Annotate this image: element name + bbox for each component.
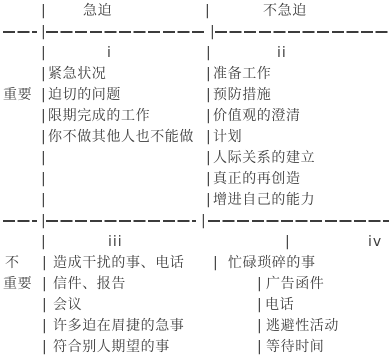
grid-vertical-bar: | xyxy=(41,43,46,64)
grid-vertical-bar: | xyxy=(257,295,262,316)
grid-vertical-bar: | xyxy=(206,169,211,190)
grid-vertical-bar: | xyxy=(206,106,211,127)
quadrant-2-item: 价值观的澄清 xyxy=(213,106,301,127)
matrix-row: |限期完成的工作|价值观的澄清 xyxy=(0,106,392,127)
quadrant-2-item: 真正的再创造 xyxy=(213,169,301,190)
grid-vertical-bar: | xyxy=(206,190,211,211)
quadrant-1-item: 迫切的问题 xyxy=(48,85,121,106)
grid-vertical-bar: | xyxy=(205,1,210,22)
grid-horizontal-rule xyxy=(3,220,37,222)
quadrant-1-numeral: i xyxy=(107,43,112,64)
grid-vertical-bar: | xyxy=(257,316,262,337)
grid-vertical-bar: | xyxy=(206,64,211,85)
grid-vertical-bar: | xyxy=(206,85,211,106)
grid-vertical-bar: | xyxy=(41,127,46,148)
quadrant-2-item: 准备工作 xyxy=(213,64,271,85)
matrix-row: |许多迫在眉捷的急事|逃避性活动 xyxy=(0,316,392,337)
quadrant-3-item: 造成干扰的事、电话 xyxy=(53,253,184,274)
quadrant-4-item: 等待时间 xyxy=(266,337,324,358)
grid-horizontal-rule xyxy=(215,31,389,33)
quadrant-3-item: 符合别人期望的事 xyxy=(53,337,170,358)
quadrant-2-item: 人际关系的建立 xyxy=(213,148,315,169)
matrix-row: 不|造成干扰的事、电话|忙碌琐碎的事 xyxy=(0,253,392,274)
matrix-row: |会议|电话 xyxy=(0,295,392,316)
quadrant-1-item: 紧急状况 xyxy=(48,64,106,85)
grid-vertical-bar: | xyxy=(206,148,211,169)
grid-vertical-bar: | xyxy=(41,22,46,43)
grid-vertical-bar: | xyxy=(42,295,47,316)
matrix-row: |你不做其他人也不能做|计划 xyxy=(0,127,392,148)
grid-vertical-bar: | xyxy=(42,337,47,358)
quadrant-2-item: 计划 xyxy=(213,127,242,148)
grid-vertical-bar: | xyxy=(206,43,211,64)
matrix-row: ||真正的再创造 xyxy=(0,169,392,190)
grid-vertical-bar: | xyxy=(285,232,290,253)
quadrant-4-item: 广告函件 xyxy=(266,274,324,295)
quadrant-2-item: 预防措施 xyxy=(213,85,271,106)
quadrant-3-item: 许多迫在眉捷的急事 xyxy=(53,316,184,337)
grid-vertical-bar: | xyxy=(213,253,218,274)
quadrant-4-numeral: iv xyxy=(368,232,382,253)
quadrant-2-numeral: ii xyxy=(277,43,287,64)
matrix-row: ||人际关系的建立 xyxy=(0,148,392,169)
grid-vertical-bar: | xyxy=(41,211,46,232)
matrix-row: |符合别人期望的事|等待时间 xyxy=(0,337,392,358)
grid-vertical-bar: | xyxy=(257,337,262,358)
quadrant-numeral-row-bottom: |iii|iv xyxy=(0,232,392,253)
quadrant-4-item: 电话 xyxy=(265,295,294,316)
matrix-row: 重要|迫切的问题|预防措施 xyxy=(0,85,392,106)
quadrant-3-numeral: iii xyxy=(108,232,123,253)
grid-vertical-bar: | xyxy=(42,316,47,337)
grid-vertical-bar: | xyxy=(206,127,211,148)
horizontal-divider-middle: || xyxy=(0,211,392,232)
quadrant-numeral-row-top: |i|ii xyxy=(0,43,392,64)
grid-horizontal-rule xyxy=(46,31,205,33)
row-header-important: 重要 xyxy=(3,85,32,106)
quadrant-3-item: 信件、报告 xyxy=(53,274,126,295)
grid-horizontal-rule xyxy=(3,31,37,33)
grid-vertical-bar: | xyxy=(42,274,47,295)
quadrant-4-item: 忙碌琐碎的事 xyxy=(228,253,316,274)
quadrant-1-item: 你不做其他人也不能做 xyxy=(48,127,194,148)
grid-vertical-bar: | xyxy=(41,148,46,169)
row-header-not-important-line1: 不 xyxy=(5,253,20,274)
quadrant-3-item: 会议 xyxy=(53,295,82,316)
matrix-row: ||增进自己的能力 xyxy=(0,190,392,211)
row-header-not-important-line2: 重要 xyxy=(3,274,32,295)
grid-vertical-bar: | xyxy=(41,190,46,211)
grid-vertical-bar: | xyxy=(210,22,215,43)
grid-vertical-bar: | xyxy=(201,211,206,232)
grid-vertical-bar: | xyxy=(41,232,46,253)
col-header-not-urgent: 不急迫 xyxy=(263,1,307,22)
grid-vertical-bar: | xyxy=(41,85,46,106)
grid-vertical-bar: | xyxy=(42,253,47,274)
matrix-row: 重要|信件、报告|广告函件 xyxy=(0,274,392,295)
grid-vertical-bar: | xyxy=(257,274,262,295)
matrix-row: |紧急状况|准备工作 xyxy=(0,64,392,85)
grid-vertical-bar: | xyxy=(41,64,46,85)
grid-vertical-bar: | xyxy=(41,1,46,22)
horizontal-divider-top: || xyxy=(0,22,392,43)
grid-vertical-bar: | xyxy=(41,169,46,190)
grid-horizontal-rule xyxy=(46,220,196,222)
col-header-urgent: 急迫 xyxy=(83,1,112,22)
quadrant-2-item: 增进自己的能力 xyxy=(213,190,315,211)
quadrant-4-item: 逃避性活动 xyxy=(266,316,339,337)
quadrant-1-item: 限期完成的工作 xyxy=(48,106,150,127)
grid-vertical-bar: | xyxy=(41,106,46,127)
time-management-matrix: |急迫|不急迫|||i|ii|紧急状况|准备工作重要|迫切的问题|预防措施|限期… xyxy=(0,0,392,363)
grid-horizontal-rule xyxy=(208,220,389,222)
column-header-row: |急迫|不急迫 xyxy=(0,1,392,22)
